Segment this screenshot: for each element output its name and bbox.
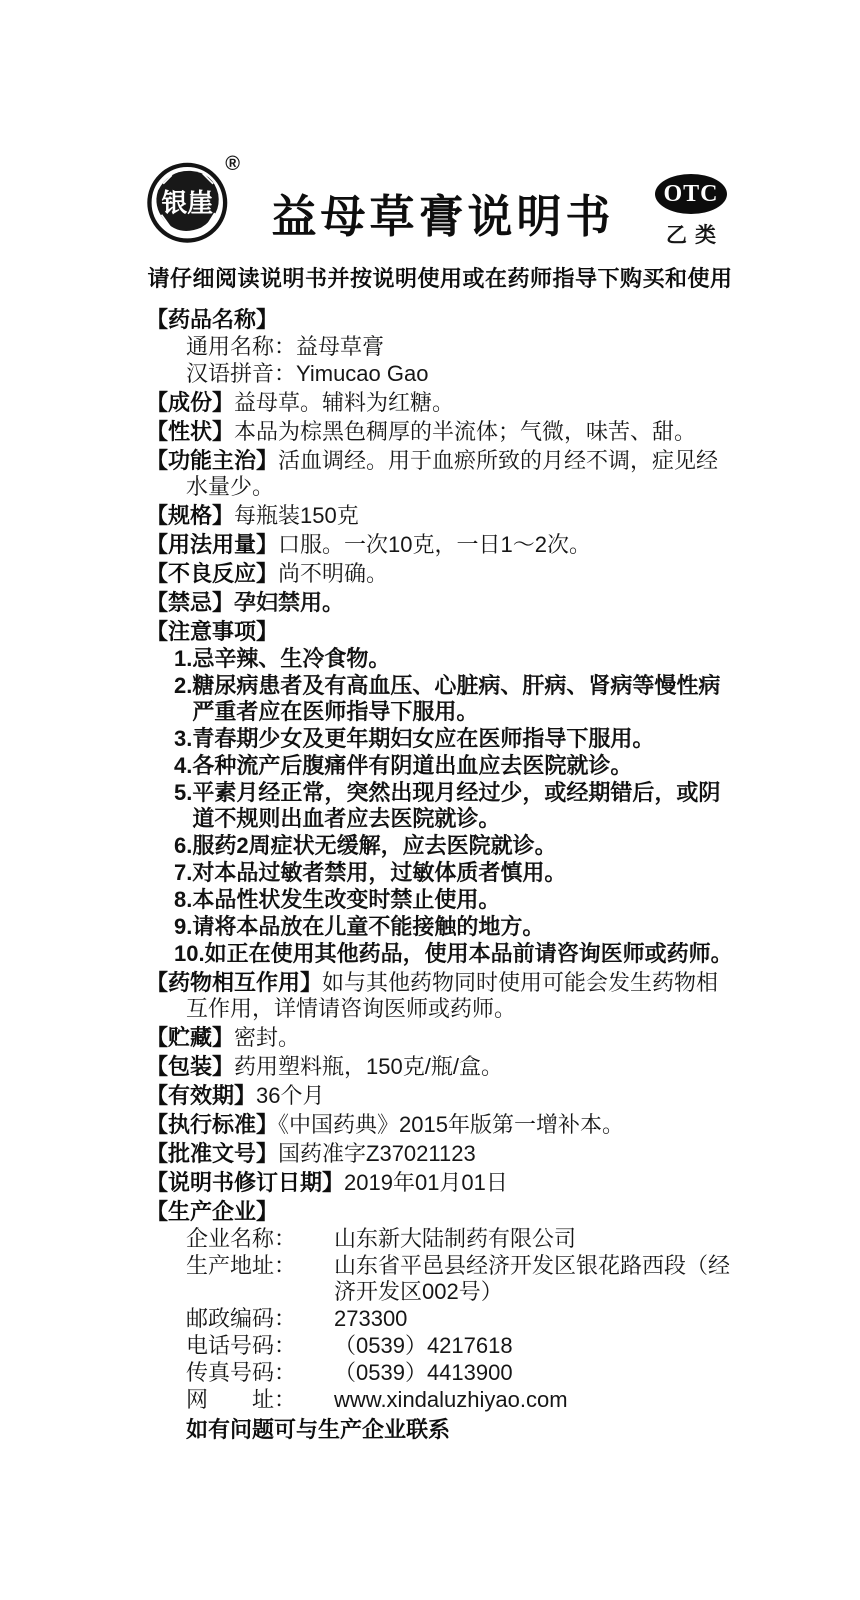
package-insert-page: 银崖 ® 益母草膏说明书 OTC 乙类 请仔细阅读说明书并按说明使用或在药师指导… <box>0 0 860 1600</box>
otc-badge: OTC 乙类 <box>648 174 734 249</box>
brand-logo: 银崖 ® <box>146 158 238 250</box>
section-text: 本品为棕黑色稠厚的半流体；气微，味苦、甜。 <box>234 419 696 444</box>
company-field-key: 电话号码： <box>186 1333 334 1359</box>
section-label: 【批准文号】 <box>146 1141 278 1166</box>
usage-warning: 请仔细阅读说明书并按说明使用或在药师指导下购买和使用 <box>146 262 734 293</box>
company-field-value: 山东新大陆制药有限公司 <box>334 1226 734 1252</box>
section-text: 尚不明确。 <box>278 561 388 586</box>
section: 【执行标准】《中国药典》2015年版第一增补本。 <box>146 1112 734 1138</box>
section: 【成份】益母草。辅料为红糖。 <box>146 390 734 416</box>
note-text: 各种流产后腹痛伴有阴道出血应去医院就诊。 <box>192 753 734 779</box>
company-field-key: 邮政编码： <box>186 1306 334 1332</box>
section-text: 孕妇禁用。 <box>234 590 344 615</box>
note-item: 9.请将本品放在儿童不能接触的地方。 <box>146 914 734 940</box>
company-field: 网 址：www.xindaluzhiyao.com <box>146 1387 734 1413</box>
company-field: 企业名称：山东新大陆制药有限公司 <box>146 1226 734 1252</box>
insert-content: 银崖 ® 益母草膏说明书 OTC 乙类 请仔细阅读说明书并按说明使用或在药师指导… <box>146 158 734 1443</box>
section-label: 【功能主治】 <box>146 448 278 473</box>
section: 【说明书修订日期】2019年01月01日 <box>146 1170 734 1196</box>
otc-label: OTC <box>663 181 718 208</box>
note-item: 7.对本品过敏者禁用，过敏体质者慎用。 <box>146 860 734 886</box>
company-field-key: 传真号码： <box>186 1360 334 1386</box>
note-item: 10.如正在使用其他药品，使用本品前请咨询医师或药师。 <box>146 941 734 967</box>
section: 【生产企业】 <box>146 1199 734 1225</box>
section-label: 【包装】 <box>146 1054 234 1079</box>
note-number: 9. <box>174 914 192 940</box>
header: 银崖 ® 益母草膏说明书 OTC 乙类 <box>146 158 734 250</box>
section: 【用法用量】口服。一次10克，一日1～2次。 <box>146 532 734 558</box>
brand-logo-icon: 银崖 <box>146 158 232 244</box>
company-field-value: www.xindaluzhiyao.com <box>334 1387 734 1413</box>
section-text: 国药准字Z37021123 <box>278 1141 476 1166</box>
note-number: 10. <box>174 941 205 967</box>
brand-logo-text: 银崖 <box>161 187 213 217</box>
note-text: 忌辛辣、生冷食物。 <box>192 646 734 672</box>
sub-item: 通用名称：益母草膏 <box>146 334 734 360</box>
contact-note: 如有问题可与生产企业联系 <box>146 1417 734 1443</box>
section: 【禁忌】孕妇禁用。 <box>146 590 734 616</box>
note-text: 请将本品放在儿童不能接触的地方。 <box>192 914 734 940</box>
section-text: 口服。一次10克，一日1～2次。 <box>278 532 591 557</box>
section: 【药物相互作用】如与其他药物同时使用可能会发生药物相互作用，详情请咨询医师或药师… <box>146 970 734 1022</box>
section: 【规格】每瓶装150克 <box>146 503 734 529</box>
section-text: 密封。 <box>234 1025 300 1050</box>
section-label: 【药品名称】 <box>146 307 278 332</box>
section: 【药品名称】 <box>146 307 734 333</box>
sections-container: 【药品名称】通用名称：益母草膏汉语拼音：Yimucao Gao【成份】益母草。辅… <box>146 307 734 1413</box>
section-text: 36个月 <box>256 1083 324 1108</box>
company-field-key: 生产地址： <box>186 1253 334 1305</box>
section-label: 【禁忌】 <box>146 590 234 615</box>
company-field-key: 网 址： <box>186 1387 334 1413</box>
section-text: 益母草。辅料为红糖。 <box>234 390 454 415</box>
section: 【性状】本品为棕黑色稠厚的半流体；气微，味苦、甜。 <box>146 419 734 445</box>
note-item: 8.本品性状发生改变时禁止使用。 <box>146 887 734 913</box>
company-field: 电话号码：（0539）4217618 <box>146 1333 734 1359</box>
section-label: 【不良反应】 <box>146 561 278 586</box>
note-item: 2.糖尿病患者及有高血压、心脏病、肝病、肾病等慢性病严重者应在医师指导下服用。 <box>146 673 734 725</box>
page-title: 益母草膏说明书 <box>238 192 648 242</box>
section: 【批准文号】国药准字Z37021123 <box>146 1141 734 1167</box>
section: 【不良反应】尚不明确。 <box>146 561 734 587</box>
note-number: 5. <box>174 780 192 832</box>
sub-item: 汉语拼音：Yimucao Gao <box>146 361 734 387</box>
section: 【注意事项】 <box>146 619 734 645</box>
section-label: 【说明书修订日期】 <box>146 1170 344 1195</box>
section: 【有效期】36个月 <box>146 1083 734 1109</box>
company-field-value: （0539）4413900 <box>334 1360 734 1386</box>
section-text: 每瓶装150克 <box>234 503 359 528</box>
company-field: 生产地址：山东省平邑县经济开发区银花路西段（经济开发区002号） <box>146 1253 734 1305</box>
note-number: 6. <box>174 833 192 859</box>
note-number: 1. <box>174 646 192 672</box>
otc-class-label: 乙类 <box>648 219 734 249</box>
section-label: 【贮藏】 <box>146 1025 234 1050</box>
company-field-value: 273300 <box>334 1306 734 1332</box>
note-item: 3.青春期少女及更年期妇女应在医师指导下服用。 <box>146 726 734 752</box>
section-text: 2019年01月01日 <box>344 1170 508 1195</box>
note-text: 青春期少女及更年期妇女应在医师指导下服用。 <box>192 726 734 752</box>
section-label: 【成份】 <box>146 390 234 415</box>
section-label: 【注意事项】 <box>146 619 278 644</box>
section-label: 【有效期】 <box>146 1083 256 1108</box>
note-text: 本品性状发生改变时禁止使用。 <box>192 887 734 913</box>
section-text: 药用塑料瓶，150克/瓶/盒。 <box>234 1054 503 1079</box>
note-text: 糖尿病患者及有高血压、心脏病、肝病、肾病等慢性病严重者应在医师指导下服用。 <box>192 673 734 725</box>
section-label: 【生产企业】 <box>146 1199 278 1224</box>
note-item: 6.服药2周症状无缓解，应去医院就诊。 <box>146 833 734 859</box>
note-number: 4. <box>174 753 192 779</box>
note-number: 3. <box>174 726 192 752</box>
note-text: 平素月经正常，突然出现月经过少，或经期错后，或阴道不规则出血者应去医院就诊。 <box>192 780 734 832</box>
note-text: 如正在使用其他药品，使用本品前请咨询医师或药师。 <box>205 941 734 967</box>
section: 【包装】药用塑料瓶，150克/瓶/盒。 <box>146 1054 734 1080</box>
section-label: 【规格】 <box>146 503 234 528</box>
section: 【贮藏】密封。 <box>146 1025 734 1051</box>
note-number: 2. <box>174 673 192 725</box>
section: 【功能主治】活血调经。用于血瘀所致的月经不调，症见经水量少。 <box>146 448 734 500</box>
note-text: 服药2周症状无缓解，应去医院就诊。 <box>192 833 734 859</box>
section-label: 【执行标准】 <box>146 1112 278 1137</box>
otc-oval-icon: OTC <box>655 174 727 214</box>
note-item: 5.平素月经正常，突然出现月经过少，或经期错后，或阴道不规则出血者应去医院就诊。 <box>146 780 734 832</box>
section-label: 【用法用量】 <box>146 532 278 557</box>
section-label: 【性状】 <box>146 419 234 444</box>
company-field-value: 山东省平邑县经济开发区银花路西段（经济开发区002号） <box>334 1253 734 1305</box>
note-item: 1.忌辛辣、生冷食物。 <box>146 646 734 672</box>
company-field: 传真号码：（0539）4413900 <box>146 1360 734 1386</box>
section-label: 【药物相互作用】 <box>146 970 322 995</box>
note-item: 4.各种流产后腹痛伴有阴道出血应去医院就诊。 <box>146 753 734 779</box>
section-text: 《中国药典》2015年版第一增补本。 <box>278 1112 624 1137</box>
note-number: 8. <box>174 887 192 913</box>
note-text: 对本品过敏者禁用，过敏体质者慎用。 <box>192 860 734 886</box>
registered-trademark-icon: ® <box>225 154 240 174</box>
company-field: 邮政编码：273300 <box>146 1306 734 1332</box>
company-field-value: （0539）4217618 <box>334 1333 734 1359</box>
note-number: 7. <box>174 860 192 886</box>
company-field-key: 企业名称： <box>186 1226 334 1252</box>
